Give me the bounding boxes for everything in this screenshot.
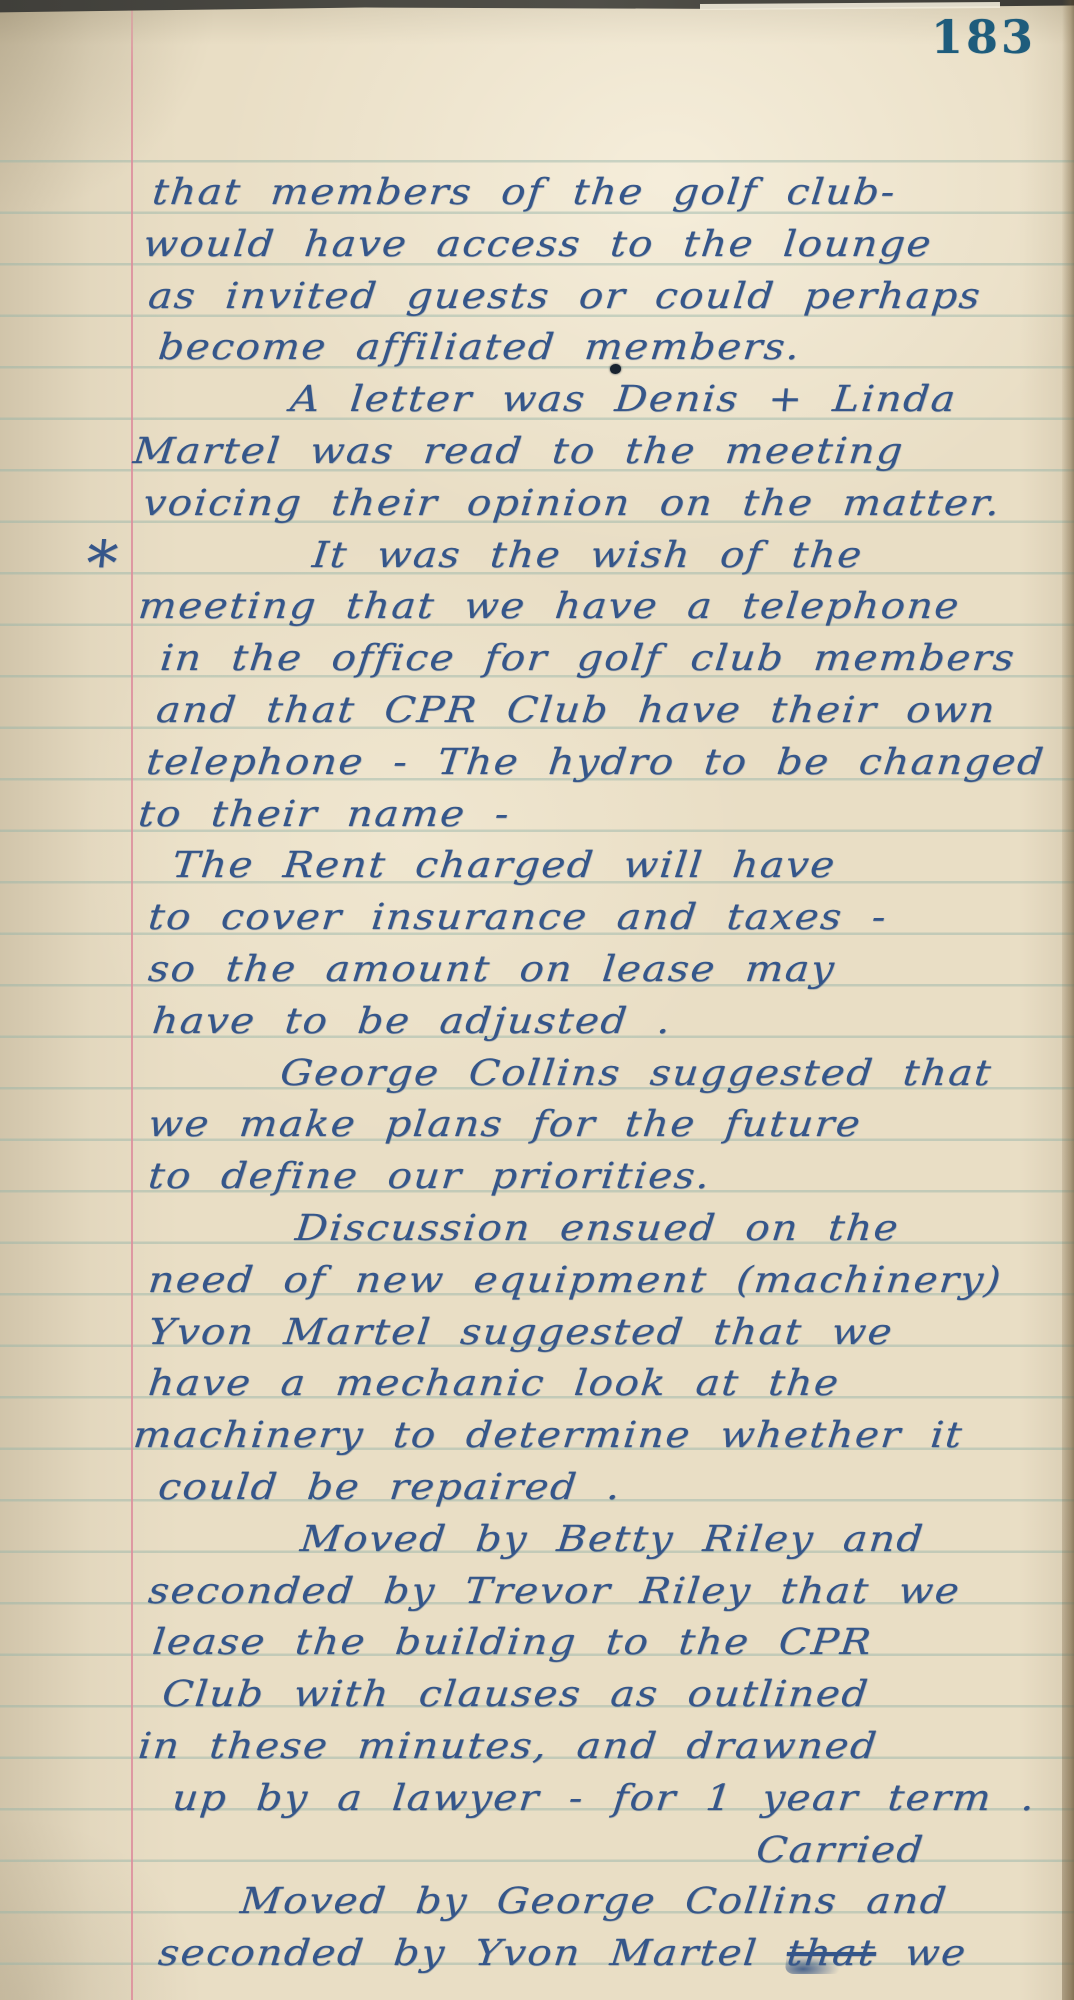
handwritten-line: could be repaired . — [156, 1467, 623, 1508]
handwritten-line: meeting that we have a telephone — [136, 586, 962, 627]
handwritten-segment: we — [874, 1933, 969, 1974]
handwritten-line: Yvon Martel suggested that we — [146, 1312, 895, 1353]
handwritten-line: George Collins suggested that — [278, 1053, 994, 1094]
handwritten-line: lease the building to the CPR — [150, 1622, 874, 1663]
handwritten-line: telephone - The hydro to be changed — [144, 742, 1046, 783]
handwritten-line: become affiliated members. — [156, 327, 802, 368]
ink-blot — [610, 364, 621, 374]
handwritten-line: machinery to determine whether it — [131, 1415, 965, 1456]
handwritten-line: The Rent charged will have — [170, 845, 838, 886]
handwritten-line: Martel was read to the meeting — [131, 431, 905, 472]
handwritten-line: voicing their opinion on the matter. — [141, 483, 1002, 524]
handwritten-line: It was the wish of the — [310, 535, 865, 576]
handwritten-line: Discussion ensued on the — [293, 1208, 901, 1249]
handwritten-segment: seconded by Yvon Martel — [156, 1933, 788, 1974]
handwritten-line: seconded by Trevor Riley that we — [146, 1571, 962, 1612]
handwritten-line: and that CPR Club have their own — [154, 690, 998, 731]
handwritten-line: Carried — [754, 1830, 926, 1871]
handwritten-text: that members of the golf club-would have… — [0, 0, 1074, 2000]
handwritten-line: have to be adjusted . — [150, 1001, 673, 1042]
handwritten-line: we make plans for the future — [146, 1104, 863, 1145]
handwritten-line: up by a lawyer - for 1 year term . — [170, 1778, 1037, 1819]
handwritten-line: as invited guests or could perhaps — [146, 276, 983, 317]
handwritten-line: seconded by Yvon Martel that we — [156, 1933, 968, 1974]
handwritten-line: Moved by George Collins and — [238, 1881, 949, 1922]
handwritten-line: to their name - — [136, 794, 512, 835]
struck-word: that — [785, 1933, 878, 1974]
handwritten-line: have a mechanic look at the — [146, 1363, 841, 1404]
handwritten-line: in these minutes, and drawned — [136, 1726, 879, 1767]
handwritten-line: need of new equipment (machinery) — [146, 1260, 1004, 1301]
notebook-page: 183 * that members of the golf club-woul… — [0, 0, 1074, 2000]
handwritten-line: A letter was Denis + Linda — [288, 379, 958, 420]
handwritten-line: to define our priorities. — [146, 1156, 712, 1197]
handwritten-line: in the office for golf club members — [158, 638, 1017, 679]
handwritten-line: that members of the golf club- — [150, 172, 898, 213]
handwritten-line: Club with clauses as outlined — [160, 1674, 871, 1715]
handwritten-line: would have access to the lounge — [141, 224, 934, 265]
handwritten-line: Moved by Betty Riley and — [298, 1519, 926, 1560]
handwritten-line: to cover insurance and taxes - — [146, 897, 889, 938]
handwritten-line: so the amount on lease may — [146, 949, 837, 990]
